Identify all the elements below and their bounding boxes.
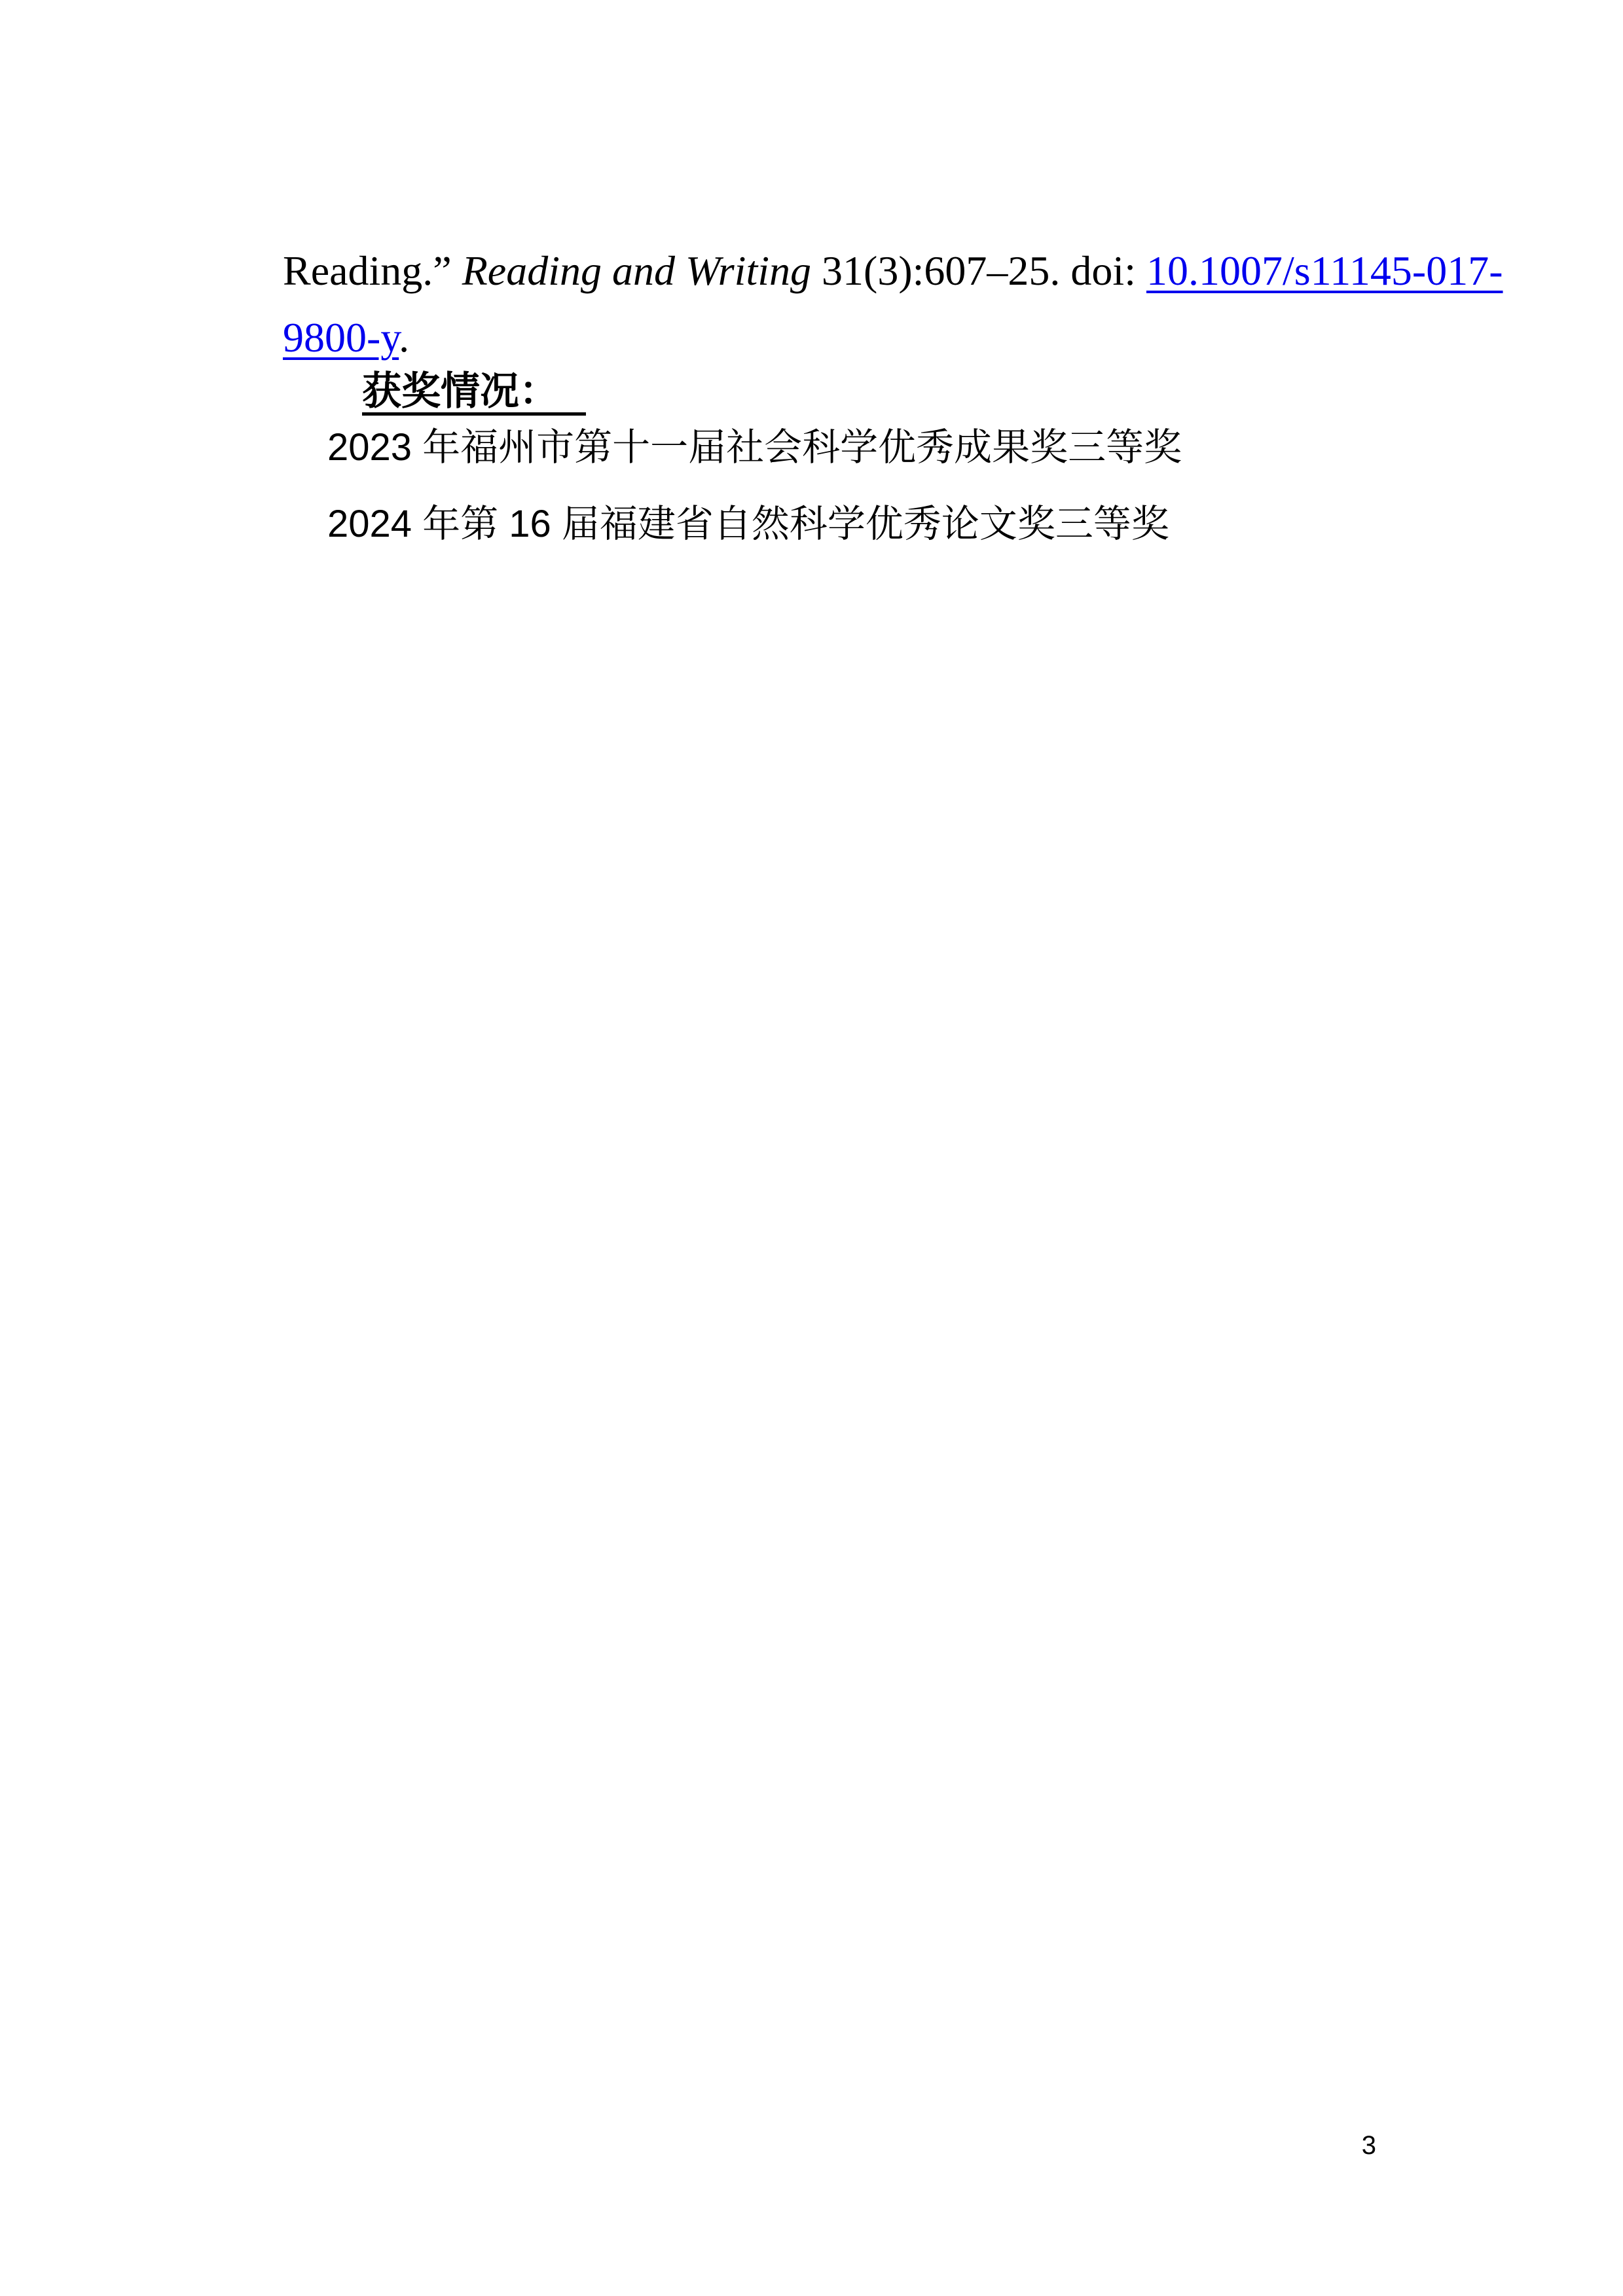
reference-line-1: Reading.” Reading and Writing 31(3):607–… [241, 208, 1503, 334]
award-item-2023: 2023 年福州市第十一届社会科学优秀成果奖三等奖 [327, 429, 1182, 467]
award-item-2024: 2024 年第 16 届福建省自然科学优秀论文奖三等奖 [327, 505, 1169, 543]
reference-journal-title: Reading and Writing [462, 247, 811, 294]
page-number: 3 [1362, 2132, 1376, 2159]
document-page: Reading.” Reading and Writing 31(3):607–… [0, 0, 1623, 2296]
reference-text-middle: 31(3):607–25. doi: [811, 247, 1146, 294]
awards-heading-text: 获奖情况： [362, 372, 586, 416]
doi-link-line1[interactable]: 10.1007/s11145-017- [1146, 247, 1503, 294]
